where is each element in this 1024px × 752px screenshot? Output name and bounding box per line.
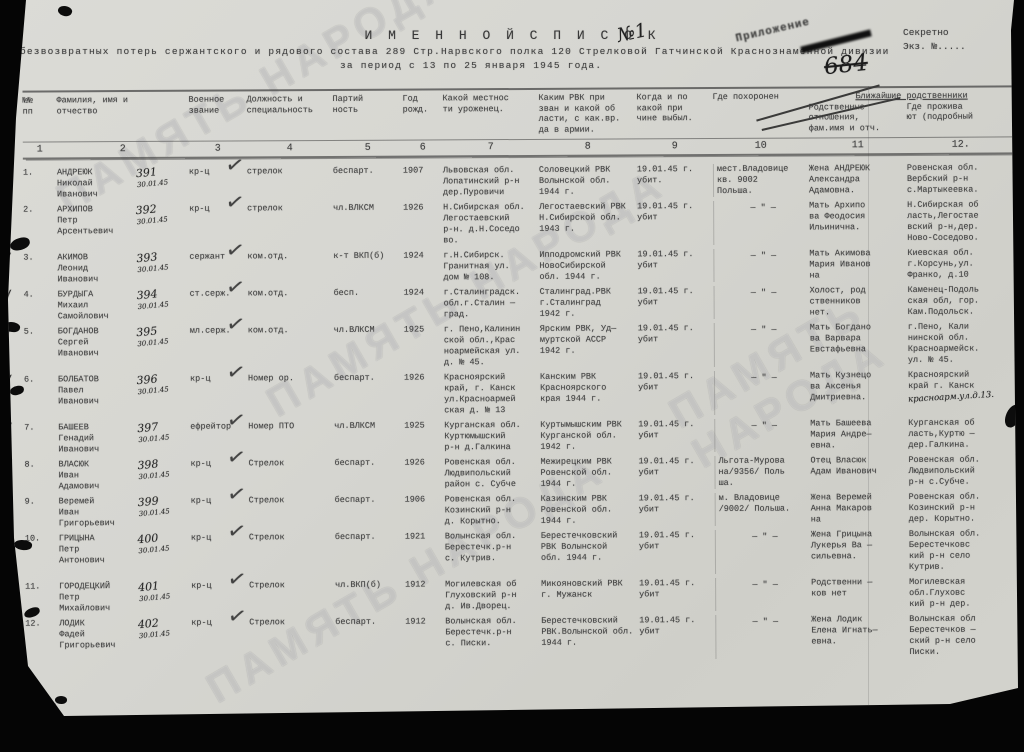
cell-draft-rvk: Ярским РВК, Уд— муртской АССР 1942 г. [540,323,638,368]
check-mark-icon: ✓ [227,366,244,380]
cell-casualty-date: 19.01.45 г. убит [638,371,714,415]
handwritten-reg-number: 39130.01.45 [136,165,189,202]
cell-row-number: 5. [24,326,58,370]
check-mark-icon: ✓ [226,196,243,210]
cell-burial-place: — ″ — [715,577,811,611]
cell-birthplace: Красноярский край, г. Канск ул.Красноарм… [444,372,540,417]
cell-party: беспарт. [334,458,404,491]
cell-party: бесп. [334,288,404,321]
cell-position: Номер ор. [248,373,334,417]
cell-relative: Мать Акимова Мария Иванов на [809,248,907,282]
soldier-name: ВЛАСЮК Иван Адамович [58,459,138,492]
cell-birthplace: Н.Сибирская обл. Легостаевский р-н. д.Н.… [443,202,539,247]
handwritten-reg-number: 40230.01.45 [137,616,191,664]
header-cell: №№ пп [23,95,57,137]
cell-burial-place: мест.Владовице кв. 9002 Польша. [713,163,809,197]
soldier-name: БОЛБАТОВ Павел Иванович [58,374,138,418]
table-row: ✓✓12.ЛОДИК Фадей Григорьевич40230.01.45к… [25,613,1019,662]
cell-relative: Мать Архипо ва Феодосия Ильинична. [809,200,907,245]
cell-birth-year: 1921 [405,531,445,575]
cell-residence: Ровенская обл. Козинский р-н дер. Корытн… [909,491,1017,525]
cell-birthplace: г. Пено,Калинин ской обл.,Крас ноармейск… [444,324,540,369]
cell-birth-year: 1926 [404,457,444,490]
cell-row-number: 10. [25,533,59,577]
cell-birth-year: 1907 [403,165,443,198]
handwritten-reg-number: 40030.01.45 [137,531,191,579]
check-mark-icon: ✓ [4,422,15,435]
handwritten-reg-number: 39430.01.45 [136,287,189,324]
handwritten-reg-number: 39530.01.45 [136,324,190,372]
table-row: ✓✓9.Веремей Иван Григорьевич39930.01.45к… [25,491,1019,529]
check-mark-icon: ✓ [3,289,14,302]
cell-birth-year: 1926 [404,372,444,416]
scan-artifact [9,385,24,396]
cell-casualty-date: 19.01.45 г. убит [638,456,714,489]
cell-draft-rvk: Микояновский РВК г. Мужанск [541,578,639,612]
table-row: ✓✓11.ГОРОДЕЦКИЙ Петр Михайлович40130.01.… [25,576,1019,614]
cell-draft-rvk: Берестечковский РВК.Волынской обл. 1944 … [541,615,639,660]
cell-burial-place: — ″ — [713,200,809,245]
cell-birth-year: 1924 [403,250,443,283]
soldier-name: АРХИПОВ Петр Арсентьевич [57,204,137,248]
handwritten-reg-number: 39830.01.45 [137,457,190,494]
check-mark-icon: ✓ [226,244,243,258]
cell-position: Стрелок [248,458,334,491]
cell-relative: Отец Власюк Адам Иванович [810,455,908,489]
cell-draft-rvk: Канским РВК Красноярского края 1944 г. [540,371,638,416]
cell-birthplace: Львовская обл. Лопатинский р-н дер.Пуров… [443,165,539,199]
cell-row-number: 3. [23,252,57,285]
check-mark-icon: ✓ [228,488,245,502]
cell-birth-year: 1926 [403,202,443,246]
soldier-name: ГОРОДЕЦКИЙ Петр Михайлович [59,581,139,614]
cell-party: беспарт. [335,532,405,576]
header-cell: Где похоронен [713,91,809,134]
cell-row-number: 8. [24,459,58,492]
cell-residence: Киевская обл. г.Корсунь,ул. Франко, д.10 [907,247,1015,281]
cell-relative: Жена Лодик Елена Игнать— евна. [811,614,909,659]
check-mark-icon: ✓ [228,525,245,539]
cell-residence: Курганская об ласть,Куртю — дер.Галкина. [908,417,1016,451]
table-row: ✓✓4.БУРДЫГА Михаил Самойлович39430.01.45… [24,284,1018,322]
cell-birthplace: г.Н.Сибирск. Гранитная ул. дом № 108. [443,250,539,284]
cell-position: Стрелок [249,532,335,576]
cell-party: к-т ВКП(б) [333,251,403,284]
column-numbers-row: 1 2 3 4 5 6 7 8 9 10 11 12. [23,136,1017,159]
cell-party: чл.ВКП(б) [335,580,405,613]
cell-name: ЛОДИК Фадей Григорьевич40230.01.45 [59,618,191,663]
column-number: 6 [403,142,443,153]
soldier-name: ЛОДИК Фадей Григорьевич [59,618,139,662]
check-mark-icon: ✓ [228,610,245,624]
cell-birthplace: г.Сталинградск. обл.г.Сталин — град. [444,287,540,321]
cell-relative: Жена Грицына Лукерья Ва — сильевна. [811,529,909,574]
cell-birth-year: 1924 [404,287,444,320]
cell-residence: Ровенская обл. Людвипольский р-н с.Субче… [908,454,1016,488]
cell-burial-place: — ″ — [715,529,811,574]
table-body: ✓✓1.АНДРЕЮК Николай Иванович39130.01.45к… [23,162,1020,662]
column-number: 10 [713,140,809,152]
cell-position: Стрелок [249,617,335,661]
check-mark-icon: ✓ [228,573,245,587]
column-number: 11 [809,140,907,152]
handwritten-number: 684 [823,50,869,80]
cell-burial-place: — ″ — [713,248,809,282]
table-row: ✓✓6.БОЛБАТОВ Павел Иванович39630.01.45кр… [24,369,1018,418]
cell-name: АРХИПОВ Петр Арсентьевич39230.01.45 [57,204,189,249]
table-row: ✓✓7.БАШЕЕВ Генадий Иванович39730.01.45еф… [24,417,1018,455]
handwritten-reg-number: 39330.01.45 [136,250,189,287]
cell-birthplace: Курганская обл. Куртюмышский р-н д.Галки… [444,420,540,454]
cell-name: ГОРОДЕЦКИЙ Петр Михайлович40130.01.45 [59,581,191,615]
cell-birthplace: Ровенская обл. Козинский р-н д. Корытно. [445,494,541,528]
cell-birthplace: Ровенская обл. Людвипольский район с. Су… [444,457,540,491]
check-mark-icon: ✓ [4,496,15,509]
cell-position: ком.отд. [248,325,334,369]
cell-casualty-date: 19.01.45 г. убит [639,578,715,611]
cell-name: АНДРЕЮК Николай Иванович39130.01.45 [57,167,189,201]
column-number: 4 [247,143,333,154]
handwritten-reg-number: 39730.01.45 [137,420,190,457]
cell-birth-year: 1906 [405,494,445,527]
cell-relative: Мать Башеева Мария Андре— евна. [810,418,908,452]
column-number: 8 [539,141,637,153]
header-cell: Какой местнос ти уроженец. [443,93,539,136]
cell-casualty-date: 19.01.45 г. убит [639,615,715,659]
cell-birth-year: 1912 [405,579,445,612]
handwritten-reg-number: 40130.01.45 [138,579,191,616]
scan-artifact [57,4,74,18]
cell-residence: г.Пено, Кали нинской обл. Красноармейск.… [908,321,1016,366]
cell-name: Веремей Иван Григорьевич39930.01.45 [59,496,191,530]
check-mark-icon: ✓ [227,281,244,295]
cell-burial-place: — ″ — [714,370,810,415]
check-mark-icon: ✓ [227,451,244,465]
cell-casualty-date: 19.01.45 г. убит. [637,164,713,197]
table-row: ✓✓1.АНДРЕЮК Николай Иванович39130.01.45к… [23,162,1017,200]
cell-draft-rvk: Соловецкий РВК Волынской обл. 1944 г. [539,164,637,198]
cell-draft-rvk: Берестечковский РВК Волынской обл. 1944 … [541,530,639,575]
soldier-name: Веремей Иван Григорьевич [59,496,139,529]
cell-draft-rvk: Казинским РВК Ровенской обл. 1944 г. [541,493,639,527]
subtitle-line1: безвозвратных потерь сержантского и рядо… [20,46,920,57]
check-mark-icon: ✓ [5,581,16,594]
cell-draft-rvk: Легостаевский РВК Н.Сибирской обл. 1943 … [539,201,637,246]
cell-name: БАШЕЕВ Генадий Иванович39730.01.45 [58,422,190,456]
cell-residence: Ровенская обл. Вербский р-н с.Мартыкеевк… [907,162,1015,196]
check-mark-icon: ✓ [4,459,15,472]
cell-birth-year: 1912 [405,616,445,660]
handwritten-reg-number: 39230.01.45 [135,202,189,250]
cell-relative: Жена Веремей Анна Макаров на [811,492,909,526]
table-row: ✓✓10.ГРИЦЫНА Петр Антонович40030.01.45кр… [25,528,1019,577]
cell-party: беспарт. [333,166,403,199]
cell-party: чл.ВЛКСМ [333,203,403,247]
cell-burial-place: — ″ — [714,285,810,319]
header-cell: Когда и по какой при чине выбыл. [637,92,713,134]
soldier-name: ГРИЦЫНА Петр Антонович [59,533,139,577]
column-number: 12. [907,139,1015,151]
column-number: 2 [57,144,189,156]
handwritten-reg-number: 39630.01.45 [136,372,190,420]
cell-casualty-date: 19.01.45 г. убит [637,249,713,282]
column-number: 1 [23,144,57,155]
cell-position: ком.отд. [248,288,334,321]
check-mark-icon: ✓ [227,318,244,332]
cell-position: ком.отд. [247,251,333,284]
cell-residence: Волынская обл Берестечков — ский р-н сел… [909,613,1017,658]
cell-casualty-date: 19.01.45 г. убит [639,493,715,526]
cell-position: стрелок [247,166,333,199]
header-cell: Год рожд. [403,93,443,135]
header-cell: Где прожива ют (подробный [907,101,1015,133]
cell-birthplace: Волынская обл. Берестечк.р-н с. Писки. [445,616,541,661]
table-row: ✓✓2.АРХИПОВ Петр Арсентьевич39230.01.45к… [23,199,1017,248]
header-cell: Военное звание [189,94,247,136]
cell-draft-rvk: Межирецким РВК Ровенской обл. 1944 г. [540,456,638,490]
check-mark-icon: ✓ [5,618,16,631]
check-mark-icon: ✓ [227,414,244,428]
cell-row-number: 7. [24,422,58,455]
soldier-name: БУРДЫГА Михаил Самойлович [58,289,138,322]
cell-residence: Каменец-Подоль ская обл, гор. Кам.Подоль… [908,284,1016,318]
subtitle-line2: за период с 13 по 25 января 1945 года. [340,60,602,71]
cell-birth-year: 1925 [404,324,444,368]
cell-position: Номер ПТО [248,421,334,454]
cell-name: БУРДЫГА Михаил Самойлович39430.01.45 [58,289,190,323]
cell-residence: Могилевская обл.Глуховс кий р-н дер. [909,576,1017,610]
cell-burial-place: — ″ — [714,322,810,367]
cell-row-number: 9. [25,496,59,529]
table-row: ✓✓3.АКИМОВ Леонид Иванович39330.01.45сер… [23,247,1017,285]
table-header: №№ пп Фамилия, имя и отчество Военное зв… [22,85,1016,139]
cell-casualty-date: 19.01.45 г. убит [639,530,715,574]
column-number: 7 [443,142,539,154]
soldier-name: БАШЕЕВ Генадий Иванович [58,422,138,455]
header-cell: Каким РВК при зван и какой об ласти, с к… [539,92,637,135]
handwritten-reg-number: 39930.01.45 [137,494,190,531]
cell-burial-place: Льгота-Мурова на/9356/ Поль ша. [714,455,810,489]
cell-residence: Волынская обл. Берестечковс кий р-н село… [909,528,1017,573]
handwritten-address: красноарм.ул.д.13. [908,389,1016,406]
cell-party: беспарт. [334,373,404,417]
cell-row-number: 4. [24,289,58,322]
check-mark-icon: ✓ [226,159,243,173]
cell-name: БОГДАНОВ Сергей Иванович39530.01.45 [58,326,190,371]
check-mark-icon: ✓ [3,252,14,265]
cell-birthplace: Могилевская об Глуховский р-н д. Ив.Двор… [445,579,541,613]
cell-row-number: 6. [24,374,58,418]
check-mark-icon: ✓ [4,374,15,387]
cell-relative: Жена АНДРЕЮК Александра Адамовна. [809,163,907,197]
casualty-table: №№ пп Фамилия, имя и отчество Военное зв… [22,85,1019,666]
header-group-relatives: Ближайшие родственники Родственные отнош… [809,90,1015,133]
cell-name: БОЛБАТОВ Павел Иванович39630.01.45 [58,374,190,419]
cell-name: АКИМОВ Леонид Иванович39330.01.45 [57,252,189,286]
cell-casualty-date: 19.01.45 г. убит [638,286,714,319]
cell-row-number: 12. [25,618,59,662]
cell-relative: Мать Богдано ва Варвара Евстафьевна [810,322,908,367]
cell-position: Стрелок [249,495,335,528]
cell-row-number: 1. [23,167,57,200]
cell-name: ГРИЦЫНА Петр Антонович40030.01.45 [59,533,191,578]
cell-burial-place: м. Владовице /9002/ Польша. [715,492,811,526]
cell-name: ВЛАСЮК Иван Адамович39830.01.45 [58,459,190,493]
cell-burial-place: — ″ — [714,418,810,452]
soldier-name: АКИМОВ Леонид Иванович [57,252,137,285]
cell-position: стрелок [247,203,333,247]
table-row: ✓✓5.БОГДАНОВ Сергей Иванович39530.01.45м… [24,321,1018,370]
cell-draft-rvk: Куртымышским РВК Курганской обл. 1942 г. [540,419,638,453]
cell-residence: Н.Сибирская об ласть,Легостае вский р-н,… [907,199,1015,244]
table-row: ✓✓8.ВЛАСЮК Иван Адамович39830.01.45кр-цС… [24,454,1018,492]
cell-position: Стрелок [249,580,335,613]
check-mark-icon: ✓ [3,167,14,180]
cell-birthplace: Волынская обл. Берестечк.р-н с. Кутрив. [445,531,541,576]
cell-party: беспарт. [335,495,405,528]
cell-relative: Мать Кузнецо ва Аксенья Дмитриевна. [810,370,908,415]
check-mark-icon: ✓ [3,204,14,217]
header-cell: Партий ность [333,94,403,136]
cell-casualty-date: 19.01.45 г. убит [638,323,714,367]
scanned-page: ПАМЯТЬ НАРОДА ПАМЯТЬ НАРОДА ПАМЯТЬ НАРОД… [0,0,1024,752]
cell-draft-rvk: Сталинград.РВК г.Сталинград 1942 г. [540,286,638,320]
cell-draft-rvk: Ипподромский РВК НовоСибирской обл. 1944… [539,249,637,283]
check-mark-icon: ✓ [5,533,16,546]
cell-residence: Красноярский край г. Кансккрасноарм.ул.д… [908,369,1016,414]
cell-party: беспарт. [335,617,405,661]
column-number: 9 [637,141,713,152]
soldier-name: АНДРЕЮК Николай Иванович [57,167,137,200]
header-cell: Должность и специальность [247,94,333,136]
header-cell: Родственные отношения, фам.имя и отч. [809,101,907,133]
cell-casualty-date: 19.01.45 г. убит [637,201,713,245]
column-number: 5 [333,143,403,154]
cell-party: чл.ВЛКСМ [334,325,404,369]
cell-burial-place: — ″ — [715,614,811,659]
scan-artifact [3,320,21,334]
cell-relative: Холост, род ственников нет. [810,285,908,319]
cell-relative: Родственни — ков нет [811,577,909,611]
soldier-name: БОГДАНОВ Сергей Иванович [58,326,138,370]
cell-birth-year: 1925 [404,420,444,453]
cell-casualty-date: 19.01.45 г. убит [638,419,714,452]
cell-party: чл.ВЛКСМ [334,421,404,454]
header-cell: Фамилия, имя и отчество [57,95,189,138]
